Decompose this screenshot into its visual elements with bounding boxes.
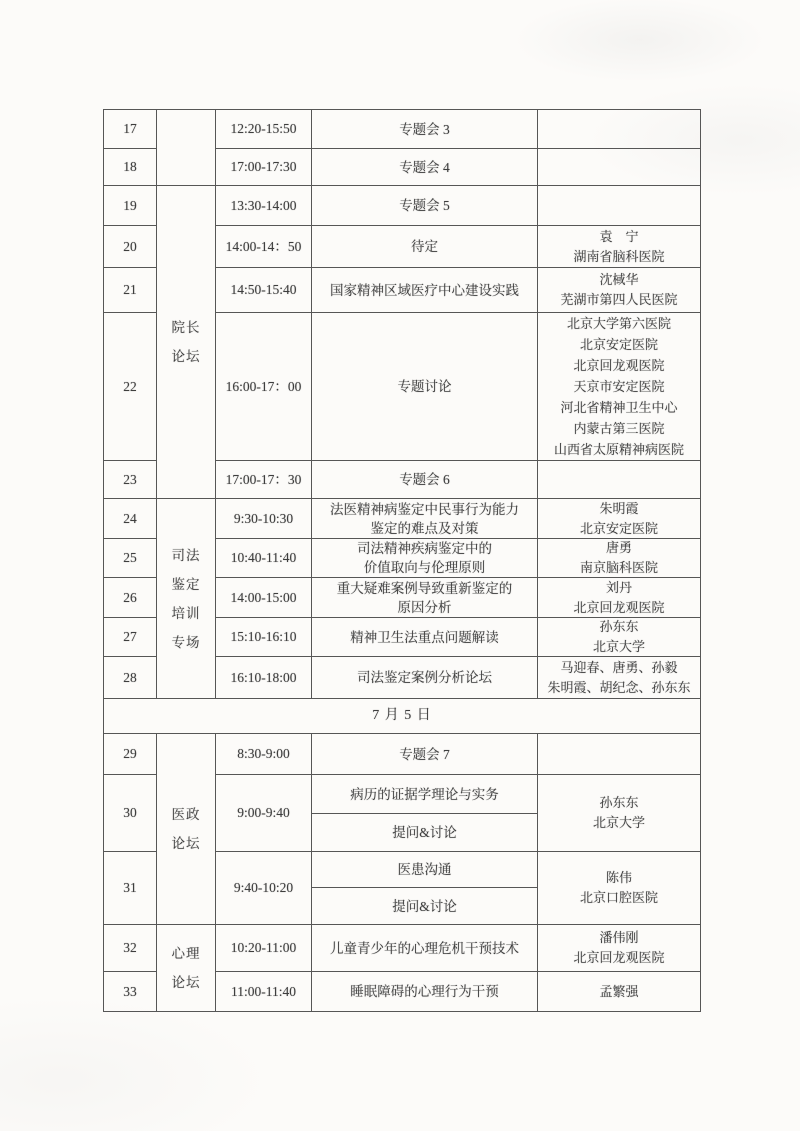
row-number: 29 <box>104 734 157 775</box>
session-time: 14:50-15:40 <box>216 268 312 313</box>
session-time: 16:00-17：00 <box>216 313 312 461</box>
session-time: 17:00-17:30 <box>216 149 312 186</box>
row-number: 22 <box>104 313 157 461</box>
speaker-cell: 潘伟刚 北京回龙观医院 <box>538 925 701 972</box>
speaker-cell: 孙东东 北京大学 <box>538 618 701 657</box>
session-title: 司法精神疾病鉴定中的 价值取向与伦理原则 <box>312 539 538 578</box>
row-number: 27 <box>104 618 157 657</box>
session-time: 10:20-11:00 <box>216 925 312 972</box>
speaker-cell: 北京大学第六医院 北京安定医院 北京回龙观医院 天京市安定医院 河北省精神卫生中… <box>538 313 701 461</box>
speaker-cell <box>538 186 701 226</box>
row-number: 17 <box>104 110 157 149</box>
session-time: 17:00-17：30 <box>216 461 312 499</box>
row-number: 21 <box>104 268 157 313</box>
session-time: 16:10-18:00 <box>216 657 312 699</box>
session-title: 专题会 5 <box>312 186 538 226</box>
session-time: 9:00-9:40 <box>216 775 312 852</box>
speaker-cell: 唐勇 南京脑科医院 <box>538 539 701 578</box>
session-time: 11:00-11:40 <box>216 972 312 1012</box>
row-number: 33 <box>104 972 157 1012</box>
speaker-cell <box>538 461 701 499</box>
row-number: 24 <box>104 499 157 539</box>
session-title: 专题会 7 <box>312 734 538 775</box>
speaker-cell <box>538 149 701 186</box>
speaker-cell: 陈伟 北京口腔医院 <box>538 852 701 925</box>
speaker-cell: 孙东东 北京大学 <box>538 775 701 852</box>
speaker-cell: 孟繁强 <box>538 972 701 1012</box>
session-title: 医患沟通 <box>312 852 538 888</box>
row-number: 30 <box>104 775 157 852</box>
session-title: 法医精神病鉴定中民事行为能力 鉴定的难点及对策 <box>312 499 538 539</box>
session-title: 睡眠障碍的心理行为干预 <box>312 972 538 1012</box>
session-time: 12:20-15:50 <box>216 110 312 149</box>
row-number: 32 <box>104 925 157 972</box>
session-time: 14:00-14：50 <box>216 226 312 268</box>
session-title: 专题会 6 <box>312 461 538 499</box>
session-time: 15:10-16:10 <box>216 618 312 657</box>
schedule-table: 17 18 19 20 21 22 23 24 25 26 27 28 29 3… <box>103 109 701 1012</box>
speaker-cell: 沈棫华 芜湖市第四人民医院 <box>538 268 701 313</box>
session-title: 司法鉴定案例分析论坛 <box>312 657 538 699</box>
session-title: 专题会 4 <box>312 149 538 186</box>
session-time: 13:30-14:00 <box>216 186 312 226</box>
session-time: 9:40-10:20 <box>216 852 312 925</box>
speaker-cell <box>538 734 701 775</box>
speaker-cell: 朱明霞 北京安定医院 <box>538 499 701 539</box>
speaker-cell: 马迎春、唐勇、孙毅 朱明霞、胡纪念、孙东东 <box>538 657 701 699</box>
session-time: 9:30-10:30 <box>216 499 312 539</box>
row-number: 19 <box>104 186 157 226</box>
session-title: 专题讨论 <box>312 313 538 461</box>
session-title: 精神卫生法重点问题解读 <box>312 618 538 657</box>
speaker-cell: 刘丹 北京回龙观医院 <box>538 578 701 618</box>
session-title: 儿童青少年的心理危机干预技术 <box>312 925 538 972</box>
speaker-cell: 袁 宁 湖南省脑科医院 <box>538 226 701 268</box>
track-label: 司法 鉴定 培训 专场 <box>157 499 216 699</box>
row-number: 26 <box>104 578 157 618</box>
session-title: 国家精神区域医疗中心建设实践 <box>312 268 538 313</box>
session-time: 10:40-11:40 <box>216 539 312 578</box>
session-title: 待定 <box>312 226 538 268</box>
track-label-empty <box>157 110 216 186</box>
row-number: 28 <box>104 657 157 699</box>
qa-discussion-title: 提问&讨论 <box>312 888 538 925</box>
row-number: 20 <box>104 226 157 268</box>
session-time: 8:30-9:00 <box>216 734 312 775</box>
session-time: 14:00-15:00 <box>216 578 312 618</box>
speaker-cell <box>538 110 701 149</box>
row-number: 18 <box>104 149 157 186</box>
session-title: 病历的证据学理论与实务 <box>312 775 538 814</box>
track-label: 心理 论坛 <box>157 925 216 1012</box>
row-number: 25 <box>104 539 157 578</box>
session-title: 专题会 3 <box>312 110 538 149</box>
qa-discussion-title: 提问&讨论 <box>312 814 538 852</box>
row-number: 23 <box>104 461 157 499</box>
date-divider: 7 月 5 日 <box>104 699 701 734</box>
row-number: 31 <box>104 852 157 925</box>
session-title: 重大疑难案例导致重新鉴定的 原因分析 <box>312 578 538 618</box>
track-label: 院长 论坛 <box>157 186 216 499</box>
track-label: 医政 论坛 <box>157 734 216 925</box>
